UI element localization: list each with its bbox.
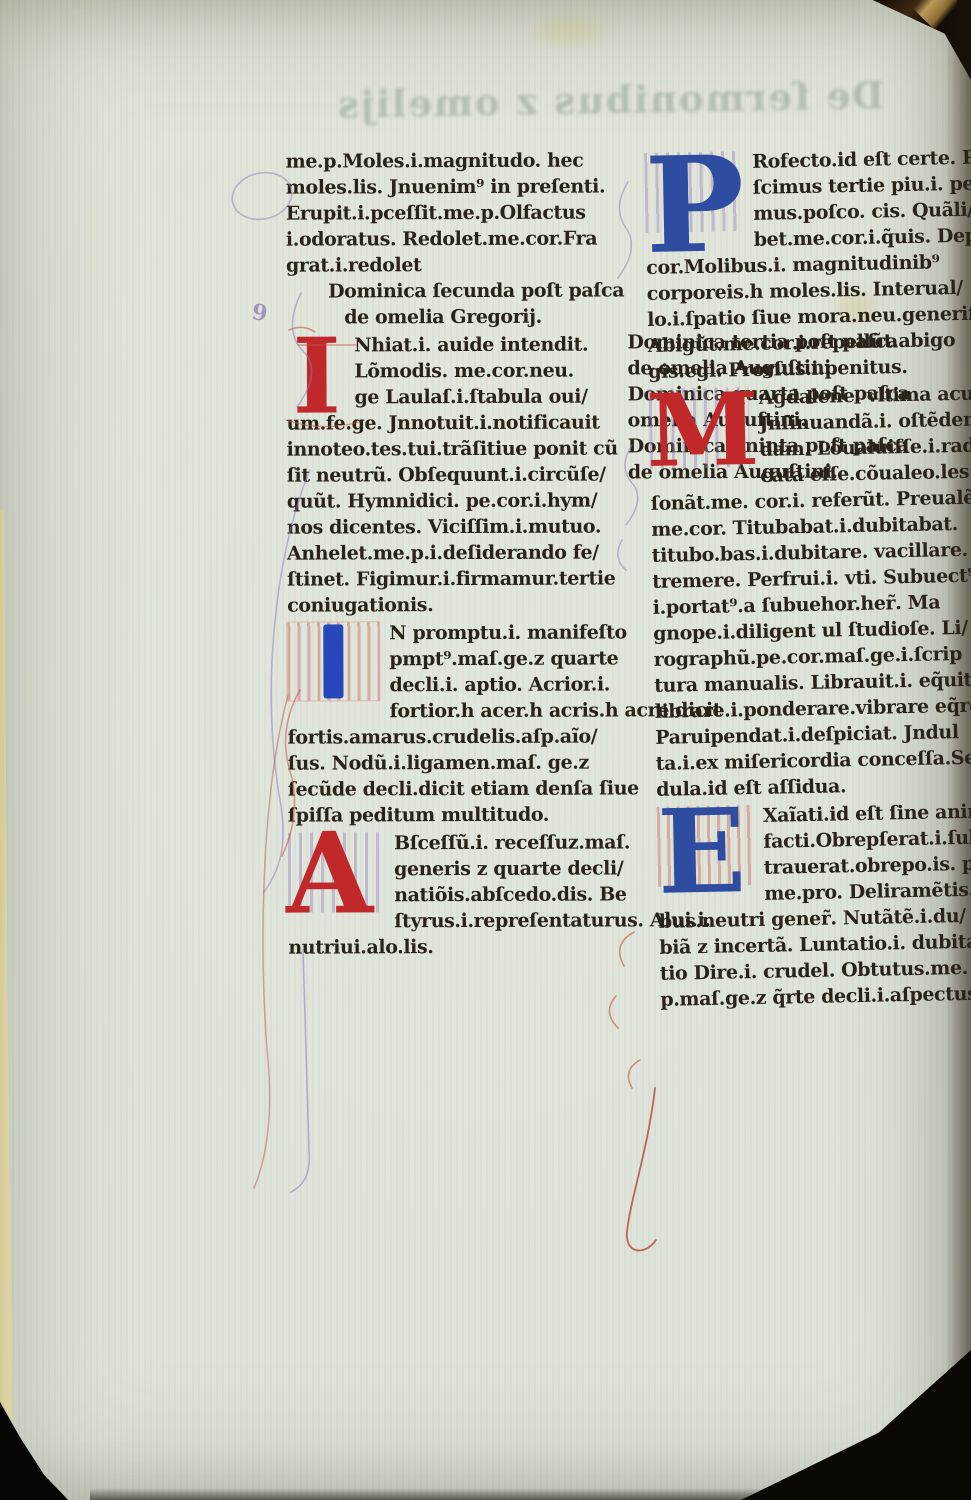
initial-letter-glyph: M: [645, 379, 759, 481]
text-line: fortis.amarus.crudelis.aſp.aĩo/: [288, 723, 639, 750]
text-line: fortior.h acer.h acris.h acre.dicit: [288, 697, 639, 724]
initial-letter-glyph: I: [292, 324, 341, 428]
text-line: ſus. Nodũ.i.ligamen.maſ. ge.z: [288, 749, 639, 776]
text-line: grat.i.redolet: [286, 251, 638, 278]
initial-letter-glyph: I: [323, 624, 343, 698]
illuminated-initial-A: A: [288, 832, 384, 912]
text-line: ſtinet. Figimur.i.firmamur.tertie: [287, 565, 618, 592]
text-block: me.p.Moles.i.magnitudo. hecmoles.lis. Jn…: [286, 147, 638, 278]
text-line: me.p.Moles.i.magnitudo. hec: [286, 147, 638, 174]
text-line: Erupit.i.pceſſit.me.p.Olfactus: [286, 199, 638, 226]
initial-letter-glyph: A: [286, 818, 373, 930]
text-block: ABſceſſũ.i. receſſuz.maſ.generis z quart…: [288, 830, 605, 961]
text-line: ſit neutrũ. Obſequunt.i.circũſe/: [287, 461, 618, 488]
text-column-right: PRofecto.id eſt certe. Po/ſcimus tertie …: [644, 143, 971, 1013]
text-line: innoteo.tes.tui.trãſitiue ponit cũ: [287, 435, 618, 462]
initial-letter-glyph: P: [644, 139, 745, 273]
illuminated-initial-M: M: [649, 387, 751, 469]
text-block: EXaĩati.id eſt ſine animafacti.Obrepſera…: [657, 799, 971, 1013]
text-block: INhiat.i. auide intendit.Lõmodis. me.cor…: [286, 331, 618, 618]
text-line: de omelia Gregorij.: [344, 303, 638, 330]
illuminated-initial-I: I: [287, 622, 379, 700]
initial-letter-glyph: E: [656, 793, 746, 911]
text-line: quũt. Hymnidici. pe.cor.i.hym/: [287, 487, 618, 514]
text-line: i.odoratus. Redolet.me.cor.Fra: [286, 225, 638, 252]
illuminated-initial-I: I: [286, 334, 344, 410]
text-block: PRofecto.id eſt certe. Po/ſcimus tertie …: [644, 145, 971, 385]
text-block: IN promptu.i. manifeſtopmpt⁹.maſ.ge.z qu…: [287, 619, 639, 828]
text-line: nos dicentes. Viciſſim.i.mutuo.: [287, 513, 618, 540]
text-line: coniugationis.: [287, 591, 618, 618]
illuminated-initial-E: E: [657, 805, 755, 887]
text-line: ſecũde decli.dicit etiam denſa ſiue: [288, 775, 639, 802]
text-block: MAgdalene. vltima acutaJnſinuandã.i. oſt…: [649, 381, 971, 803]
text-line: Dominica ſecunda poſt paſca: [328, 277, 638, 304]
text-column-left: me.p.Moles.i.magnitudo. hecmoles.lis. Jn…: [286, 147, 641, 960]
illuminated-initial-P: P: [644, 151, 744, 233]
manuscript-photo: De ſermonibus z omelijs 9 me.p.Moles.i.m…: [0, 0, 971, 1500]
text-line: moles.lis. Jnuenim⁹ in preſenti.: [286, 173, 638, 200]
text-line: Anhelet.me.p.i.deſiderando fe/: [287, 539, 618, 566]
